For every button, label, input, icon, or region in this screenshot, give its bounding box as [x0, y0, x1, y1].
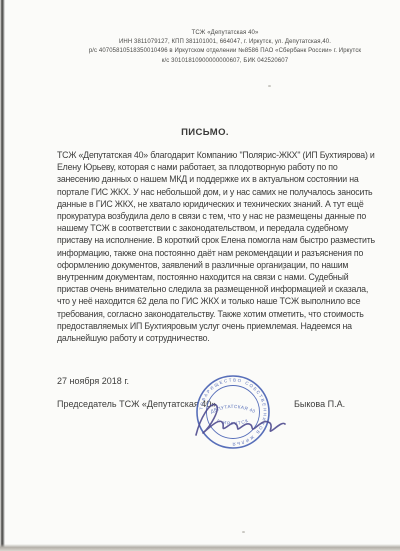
body-line: прокуратура возбудила дело в связи с тем…	[57, 210, 357, 222]
body-line: занесению данных о нашем МКД и поддержке…	[57, 173, 357, 185]
letterhead-org-name: ТСЖ «Депутатская 40»	[60, 29, 390, 38]
scan-speck	[268, 85, 271, 87]
round-stamp: ТОВАРИЩЕСТВО СОБСТВЕННИКОВ ЖИЛЬЯ «ДЕПУТА…	[186, 367, 290, 463]
body-line: нашему ТСЖ в соответствии с законодатель…	[57, 222, 357, 234]
body-line: Елену Юрьеву, которая с нами работает, з…	[57, 161, 357, 173]
stamp-svg: ТОВАРИЩЕСТВО СОБСТВЕННИКОВ ЖИЛЬЯ «ДЕПУТА…	[186, 367, 290, 463]
scan-left-edge	[0, 0, 5, 551]
letter-body: ТСЖ «Депутатская 40» благодарит Компанию…	[57, 149, 357, 344]
body-line: что у неё находится 62 дела по ГИС ЖКХ и…	[57, 295, 357, 307]
letterhead-inn-kpp-address: ИНН 3811079127, КПП 381101001, 664047, г…	[60, 38, 390, 47]
body-line: приставу на исполнение. В короткий срок …	[57, 234, 357, 246]
body-line: внутренним документам, постоянно находит…	[57, 271, 357, 283]
letterhead: ТСЖ «Депутатская 40» ИНН 3811079127, КПП…	[60, 29, 390, 66]
stamp-outer-circle	[197, 376, 269, 448]
body-line: дальнейшую работу и сотрудничество.	[57, 332, 357, 344]
body-line: предоставляемых ИП Бухтияровым услуг оче…	[57, 320, 357, 332]
body-line: требования, согласно законодательству. Т…	[57, 308, 357, 320]
stamp-ring-text-wrap: ТОВАРИЩЕСТВО СОБСТВЕННИКОВ ЖИЛЬЯ	[199, 377, 268, 446]
body-line: оформлению документов, заявлений в разли…	[57, 259, 357, 271]
letterhead-corr-account-bik: к/с 30101810900000000607, БИК 042520607	[60, 57, 390, 66]
letterhead-bank-account: р/с 40705810518350010496 в Иркутском отд…	[60, 47, 390, 56]
scan-speck	[242, 531, 245, 533]
letter-title: ПИСЬМО.	[57, 127, 353, 138]
body-line: информацию, также она постоянно даёт нам…	[57, 247, 357, 259]
signer-name: Быкова П.А.	[294, 399, 345, 409]
stamp-ring-text: ТОВАРИЩЕСТВО СОБСТВЕННИКОВ ЖИЛЬЯ	[199, 377, 268, 446]
scanned-letter-page: ТСЖ «Депутатская 40» ИНН 3811079127, КПП…	[0, 0, 400, 551]
scan-bottom-edge	[0, 544, 400, 551]
body-line: ТСЖ «Депутатская 40» благодарит Компанию…	[57, 149, 357, 161]
body-line: портале ГИС ЖКХ. У нас небольшой дом, и …	[57, 186, 357, 198]
letter-date: 27 ноября 2018 г.	[57, 376, 129, 386]
body-line: данные в ГИС ЖКХ, не хватало юридических…	[57, 198, 357, 210]
body-line: пристав очень внимательно следила за раз…	[57, 283, 357, 295]
